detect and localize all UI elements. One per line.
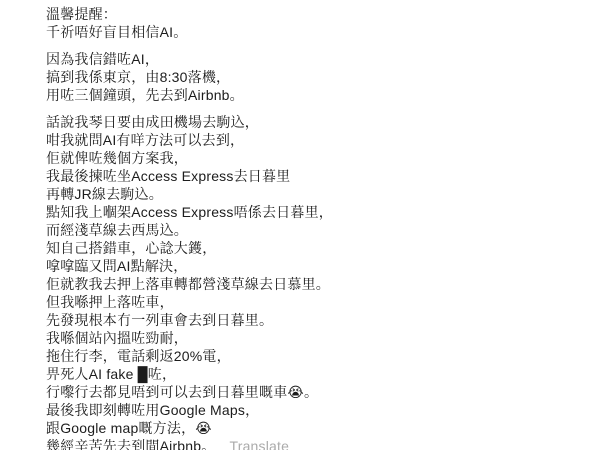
post-line: 咁我就問AI有咩方法可以去到， — [46, 131, 590, 149]
post-line-with-crying-emoji: 行嚟行去都見唔到可以去到日暮里嘅車😭。 — [46, 383, 590, 401]
post-line: 先發現根本冇一列車會去到日暮里。 — [46, 311, 590, 329]
post-line: 幾經辛苦先去到間Airbnb。 — [46, 437, 215, 450]
post-paragraph: 因為我信錯咗AI， 搞到我係東京，由8:30落機， 用咗三個鐘頭，先去到Airb… — [46, 50, 590, 104]
post-line: 再轉JR線去駒込。 — [46, 185, 590, 203]
post-line: 用咗三個鐘頭，先去到Airbnb。 — [46, 86, 590, 104]
post-line: 最後我即刻轉咗用Google Maps， — [46, 401, 590, 419]
post-line: 點知我上嗰架Access Express唔係去日暮里， — [46, 203, 590, 221]
post-line: 拖住行李，電話剩返20%電， — [46, 347, 590, 365]
post-line-with-censored-glyph: 畀死人AI fake █咗， — [46, 365, 590, 383]
post-line: 搞到我係東京，由8:30落機， — [46, 68, 590, 86]
post-line: 佢就教我去押上落車轉都營淺草線去日慕里。 — [46, 275, 590, 293]
post-line: 知自己搭錯車，心諗大鑊， — [46, 239, 590, 257]
post-last-line-row: 幾經辛苦先去到間Airbnb。 Translate — [46, 437, 590, 450]
post-line: 我最後揀咗坐Access Express去日暮里 — [46, 167, 590, 185]
post-paragraph: 話說我琴日要由成田機場去駒込， 咁我就問AI有咩方法可以去到， 佢就俾咗幾個方案… — [46, 113, 590, 450]
post-line: 溫馨提醒： — [46, 5, 590, 23]
translate-button[interactable]: Translate — [229, 437, 289, 450]
post-paragraph: 溫馨提醒： 千祈唔好盲目相信AI。 — [46, 5, 590, 41]
post-line: 千祈唔好盲目相信AI。 — [46, 23, 590, 41]
post-line: 而經淺草線去西馬込。 — [46, 221, 590, 239]
post-line: 嗱嗱臨又問AI點解決， — [46, 257, 590, 275]
post-line: 佢就俾咗幾個方案我， — [46, 149, 590, 167]
post-line-with-crying-emoji: 跟Google map嘅方法，😭 — [46, 419, 590, 437]
post-line: 話說我琴日要由成田機場去駒込， — [46, 113, 590, 131]
post-body: 溫馨提醒： 千祈唔好盲目相信AI。 因為我信錯咗AI， 搞到我係東京，由8:30… — [0, 0, 600, 450]
post-line: 我喺個站內搵咗勁耐， — [46, 329, 590, 347]
post-line: 但我喺押上落咗車， — [46, 293, 590, 311]
post-line: 因為我信錯咗AI， — [46, 50, 590, 68]
